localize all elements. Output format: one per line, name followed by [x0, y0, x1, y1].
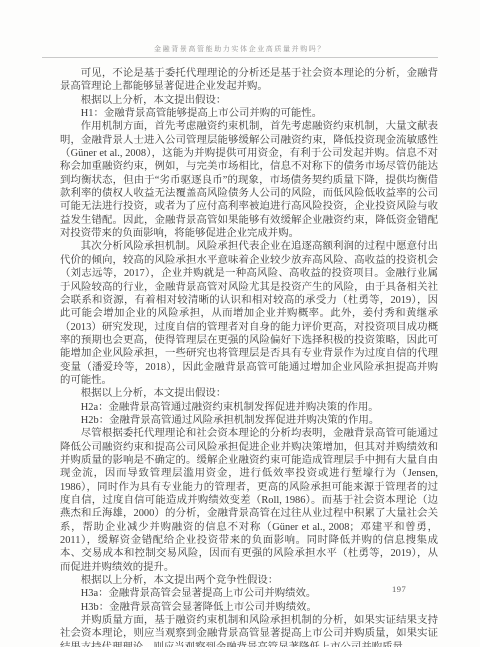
paragraph: 可见，不论是基于委托代理理论的分析还是基于社会资本理论的分析，金融背景高管理论上…	[60, 67, 438, 94]
paragraph: 根据以上分析，本文提出假设：	[60, 94, 438, 107]
hypothesis-h3b: H3b：金融背景高管会显著降低上市公司并购绩效。	[60, 601, 438, 614]
running-title: 金融背景高管能助力实体企业高质量并购吗？	[42, 44, 438, 54]
paper-page: 金融背景高管能助力实体企业高质量并购吗？ 可见，不论是基于委托代理理论的分析还是…	[0, 0, 480, 647]
page-number: 197	[392, 584, 406, 594]
paragraph: 作用机制方面，首先考虑融资约束机制，首先考虑融资约束机制，大量文献表明，金融背景…	[60, 120, 438, 240]
header-divider	[42, 57, 438, 58]
hypothesis-h2a: H2a：金融背景高管通过融资约束机制发挥促进并购决策的作用。	[60, 401, 438, 414]
hypothesis-h1: H1：金融背景高管能够提高上市公司并购的可能性。	[60, 107, 438, 120]
hypothesis-h2b: H2b：金融背景高管通过风险承担机制发挥促进并购决策的作用。	[60, 414, 438, 427]
paragraph: 根据以上分析，本文提出两个竞争性假设：	[60, 574, 438, 587]
paragraph: 其次分析风险承担机制。风险承担代表企业在追逐高额利润的过程中愿意付出代价的倾向，…	[60, 240, 438, 387]
paragraph: 并购质量方面，基于融资约束机制和风险承担机制的分析，如果实证结果支持社会资本理论…	[60, 614, 438, 647]
paragraph: 根据以上分析，本文提出假设：	[60, 387, 438, 400]
body-text: 可见，不论是基于委托代理理论的分析还是基于社会资本理论的分析，金融背景高管理论上…	[60, 67, 438, 647]
paragraph: 尽管根据委托代理理论和社会资本理论的分析均表明，金融背景高管可能通过降低公司融资…	[60, 427, 438, 574]
hypothesis-h3a: H3a：金融背景高管会显著提高上市公司并购绩效。	[60, 587, 438, 600]
